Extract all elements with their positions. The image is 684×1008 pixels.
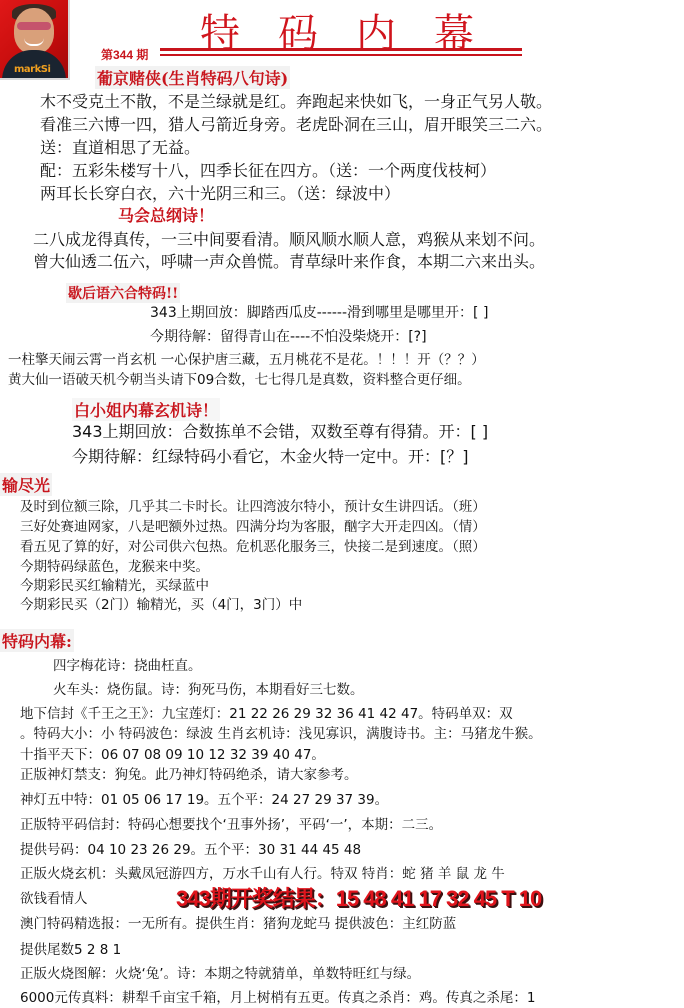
- poem8-line: 配：五彩朱楼写十八，四季长征在四方。（送：一个两度伐枝柯）: [40, 160, 496, 182]
- issue-number: 第344 期: [101, 46, 148, 63]
- temaneimu-line: 提供号码：04 10 23 26 29。五个平：30 31 44 45 48: [20, 840, 361, 860]
- title-underline-top: [160, 48, 522, 51]
- temaneimu-line: 十指平天下：06 07 08 09 10 12 32 39 40 47。: [20, 745, 325, 765]
- poem8-line: 木不受克土不散，不是兰绿就是红。奔跑起来快如飞，一身正气另人敬。: [40, 91, 552, 113]
- section-heading-baixiaojie: 白小姐内幕玄机诗！: [72, 398, 220, 421]
- shujinguang-line: 及时到位额三除，几乎其二卡时长。让四湾波尔特小，预计女生讲四话。（班）: [20, 497, 486, 517]
- xiehouyu-extra-line: 黄大仙一语破天机今朝当头请下09合数，七七得几是真数，资料整合更仔细。: [8, 370, 471, 390]
- baixiaojie-line: 343上期回放：合数拣单不会错，双数至尊有得猜。开：[ ]: [72, 421, 488, 443]
- temaneimu-line: 四字梅花诗：挠曲枉直。: [53, 656, 202, 676]
- poem8-line: 两耳长长穿白衣，六十光阴三和三。（送：绿波中）: [40, 183, 400, 205]
- temaneimu-line: 。特码大小：小 特码波色：绿波 生肖玄机诗：浅见寡识，满腹诗书。主：马猪龙牛猴。: [20, 724, 542, 744]
- shujinguang-line: 今期特码绿蓝色，龙猴来中奖。: [20, 557, 209, 577]
- temaneimu-line: 正版火烧图解：火烧‘兔’。诗：本期之特就猜单，单数特旺红与绿。: [20, 964, 420, 984]
- shujinguang-line: 看五见了算的好，对公司供六包热。危机恶化服务三，快接二是到速度。（照）: [20, 537, 486, 557]
- avatar-logo: markSi: [0, 0, 70, 80]
- temaneimu-line: 火车头：烧伤鼠。诗：狗死马伤，本期看好三七数。: [53, 680, 364, 700]
- xiehouyu-line: 343上期回放：脚踏西瓜皮------滑到哪里是哪里开：[ ]: [150, 303, 488, 323]
- logo-face: [14, 8, 54, 54]
- temaneimu-line: 提供尾数5 2 8 1: [20, 940, 121, 960]
- section-heading-xiehouyu: 歇后语六合特码!!: [66, 283, 180, 303]
- section-heading-temaneimu: 特码内幕:: [0, 629, 74, 652]
- temaneimu-line: 正版特平码信封：特码心想要找个‘丑事外扬’，平码‘一’，本期：二三。: [20, 815, 442, 835]
- section-heading-shujinguang: 输尽光: [0, 473, 52, 496]
- xiehouyu-line: 今期待解：留得青山在----不怕没柴烧开：[?]: [150, 327, 427, 347]
- temaneimu-line: 正版火烧玄机：头戴凤冠游四方，万水千山有人行。特双 特肖：蛇 猪 羊 鼠 龙 牛: [20, 864, 505, 884]
- shujinguang-line: 今期彩民买（2门）输精光，买（4门，3门）中: [20, 595, 302, 615]
- temaneimu-line: 澳门特码精选报：一无所有。提供生肖：猪狗龙蛇马 提供波色：主红防蓝: [20, 914, 456, 934]
- title-underline-bottom: [160, 54, 522, 56]
- mahui-line: 曾大仙透二伍六，呼啸一声众兽慌。青草绿叶来作食，本期二六来出头。: [33, 251, 545, 273]
- baixiaojie-line: 今期待解：红绿特码小看它，木金火特一定中。开：[？]: [72, 446, 469, 468]
- temaneimu-line: 地下信封《千王之王》：九宝莲灯：21 22 26 29 32 36 41 42 …: [20, 704, 513, 724]
- mahui-line: 二八成龙得真传，一三中间要看清。顺风顺水顺人意，鸡猴从来划不问。: [33, 229, 545, 251]
- shujinguang-line: 三好处赛迪网家，八是吧额外过热。四满分均为客服，酗字大开走四凶。（情）: [20, 517, 486, 537]
- shujinguang-line: 今期彩民买红输精光，买绿蓝中: [20, 576, 209, 596]
- temaneimu-line: 正版神灯禁支：狗兔。此乃神灯特码绝杀，请大家参考。: [20, 765, 358, 785]
- section-heading-mahui: 马会总纲诗！: [116, 203, 216, 226]
- section-heading-poem8: 葡京赌侠(生肖特码八句诗): [95, 66, 290, 89]
- temaneimu-line: 6000元传真料：耕犁千亩宝千箱，月上树梢有五更。传真之杀肖：鸡。传真之杀尾：1: [20, 988, 535, 1008]
- poem8-line: 送：直道相思了无益。: [40, 137, 200, 159]
- xiehouyu-extra-line: 一柱擎天闹云霄一肖玄机 一心保护唐三藏，五月桃花不是花。！！！开（？？）: [8, 350, 485, 370]
- poem8-line: 看准三六博一四，猎人弓箭近身旁。老虎卧洞在三山，眉开眼笑三二六。: [40, 114, 552, 136]
- result-banner: 343期开奖结果：15 48 41 17 32 45 T 10: [176, 882, 541, 913]
- logo-glasses: [17, 22, 51, 30]
- logo-text: markSi: [14, 64, 50, 75]
- temaneimu-line: 神灯五中特：01 05 06 17 19。五个平：24 27 29 37 39。: [20, 790, 388, 810]
- temaneimu-line: 欲钱看情人: [20, 889, 88, 909]
